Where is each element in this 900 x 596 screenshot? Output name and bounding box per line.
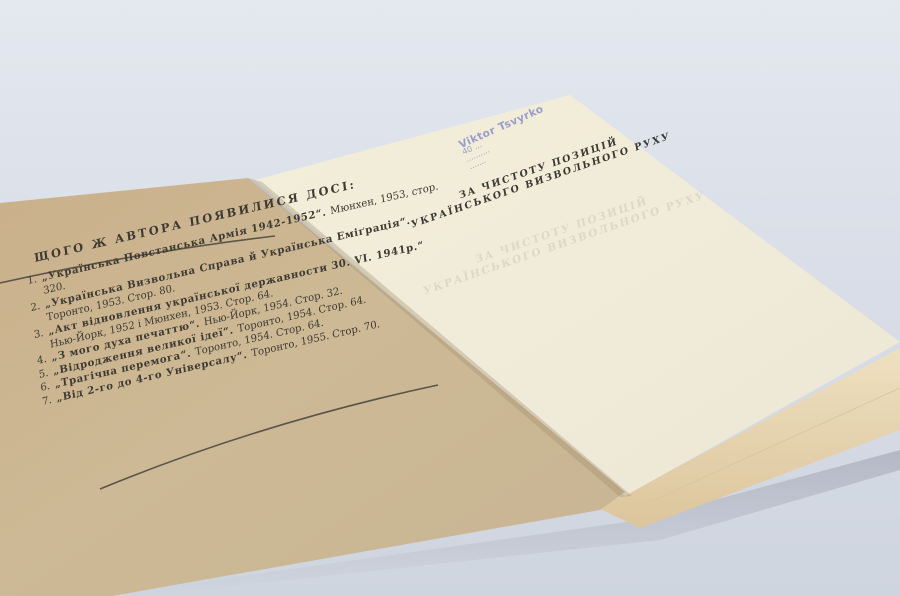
open-book bbox=[0, 0, 900, 596]
book-photo: Viktor Tsvyrko 40 ... .......... .......… bbox=[0, 0, 900, 596]
